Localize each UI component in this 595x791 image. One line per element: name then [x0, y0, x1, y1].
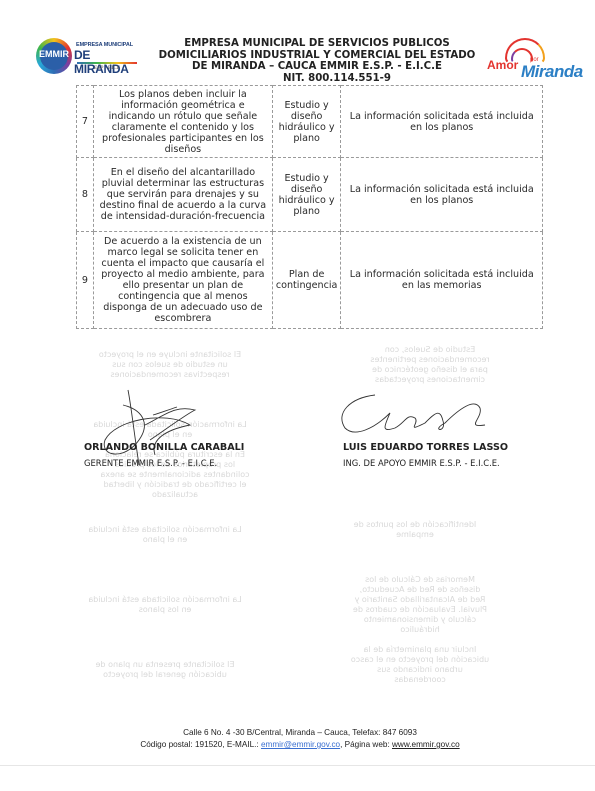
page-footer: Calle 6 No. 4 -30 B/Central, Miranda – C…: [60, 727, 540, 751]
signature-scribble-right: [335, 393, 495, 443]
logo-color-bar: [77, 62, 137, 64]
table-row: 7 Los planos deben incluir la informació…: [77, 86, 543, 158]
requirement-cell: De acuerdo a la existencia de un marco l…: [93, 232, 272, 329]
header-line2: DOMICILIARIOS INDUSTRIAL Y COMERCIAL DEL…: [158, 50, 476, 62]
website-link[interactable]: www.emmir.gov.co: [392, 740, 460, 749]
document-cell: Estudio y diseño hidráulico y plano: [272, 86, 341, 158]
evaluation-table: 7 Los planos deben incluir la informació…: [76, 85, 543, 329]
bleed-through-text: La información solicitada está incluidae…: [70, 525, 260, 545]
requirement-cell: Los planos deben incluir la información …: [93, 86, 272, 158]
amor-por-miranda-logo: Amor por Miranda: [483, 38, 578, 80]
signer-name: ORLANDO BONILLA CARABALI: [84, 442, 244, 453]
table-row: 8 En el diseño del alcantarillado pluvia…: [77, 158, 543, 232]
footer-address: Calle 6 No. 4 -30 B/Central, Miranda – C…: [60, 727, 540, 739]
table-row: 9 De acuerdo a la existencia de un marco…: [77, 232, 543, 329]
logo-amor: Amor: [487, 58, 518, 72]
header-nit: NIT. 800.114.551-9: [158, 73, 476, 85]
bleed-through-text: Incluir una planimetría de laubicación d…: [345, 645, 495, 685]
signature-block-left: ORLANDO BONILLA CARABALI GERENTE EMMIR E…: [84, 442, 244, 468]
result-cell: La información solicitada está incluida …: [341, 232, 543, 329]
bleed-through-text: Identificación de los puntos deempalme: [340, 520, 490, 540]
row-number: 7: [77, 86, 94, 158]
result-cell: La información solicitada está incluida …: [341, 86, 543, 158]
footer-contact: Código postal: 191520, E-MAIL.: emmir@em…: [60, 739, 540, 751]
company-header: EMPRESA MUNICIPAL DE SERVICIOS PUBLICOS …: [158, 38, 476, 84]
signer-role: ING. DE APOYO EMMIR E.S.P. - E.I.C.E.: [343, 458, 508, 468]
signer-role: GERENTE EMMIR E.S.P. - E.I.C.E.: [84, 458, 244, 468]
requirement-cell: En el diseño del alcantarillado pluvial …: [93, 158, 272, 232]
row-number: 9: [77, 232, 94, 329]
result-cell: La información solicitada está incluida …: [341, 158, 543, 232]
footer-divider: [0, 765, 595, 766]
footer-web-label: , Página web:: [340, 740, 392, 749]
bleed-through-text: Memorias de Cálculo de losdiseños de Red…: [345, 575, 495, 635]
logo-line3: ESP - EICE: [94, 65, 120, 71]
signer-name: LUIS EDUARDO TORRES LASSO: [343, 442, 508, 453]
footer-postal: Código postal: 191520, E-MAIL.:: [140, 740, 261, 749]
email-link[interactable]: emmir@emmir.gov.co: [261, 740, 340, 749]
bleed-through-text: El solicitante incluye en el proyectoun …: [70, 350, 270, 380]
row-number: 8: [77, 158, 94, 232]
signature-block-right: LUIS EDUARDO TORRES LASSO ING. DE APOYO …: [343, 442, 508, 468]
emmir-logo: EMMIR EMPRESA MUNICIPAL DE MIRANDA ESP -…: [36, 38, 146, 76]
header-line1: EMPRESA MUNICIPAL DE SERVICIOS PUBLICOS: [158, 38, 476, 50]
document-cell: Estudio y diseño hidráulico y plano: [272, 158, 341, 232]
logo-miranda: Miranda: [521, 62, 583, 82]
header-line3: DE MIRANDA – CAUCA EMMIR E.S.P. - E.I.C.…: [158, 61, 476, 73]
bleed-through-text: Estudio de Suelos, conrecomendaciones pe…: [340, 345, 520, 385]
bleed-through-text: El solicitante presenta un plano deubica…: [70, 660, 260, 680]
emmir-emblem-icon: EMMIR: [36, 38, 72, 74]
bleed-through-text: La información solicitada está incluidae…: [70, 595, 260, 615]
document-cell: Plan de contingencia: [272, 232, 341, 329]
